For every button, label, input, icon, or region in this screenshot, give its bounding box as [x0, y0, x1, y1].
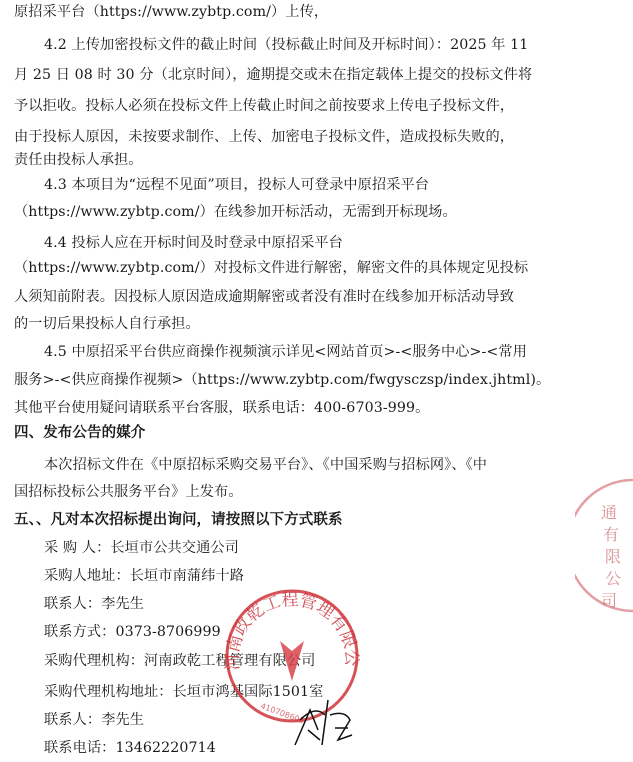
paragraph-line: 责任由投标人承担。 [14, 151, 143, 169]
paragraph-line: 4.3 本项目为“远程不见面”项目，投标人可登录中原招采平台 [44, 176, 429, 194]
contact-line: 联系人：李先生 [44, 595, 144, 613]
section-heading-4: 四、发布公告的媒介 [14, 424, 145, 442]
paragraph-line: 的一切后果投标人自行承担。 [14, 315, 200, 333]
paragraph-line: 4.2 上传加密投标文件的截止时间（投标截止时间及开标时间）：2025 年 11 [44, 36, 528, 54]
seal-number: 410708605 [259, 701, 305, 725]
paragraph-line: 本次招标文件在《中原招标采购交易平台》、《中国采购与招标网》、《中 [44, 456, 487, 474]
paragraph-line: 国招标投标公共服务平台》上发布。 [14, 483, 243, 501]
paragraph-line: 人须知前附表。因投标人原因造成逾期解密或者没有准时在线参加开标活动导致 [14, 288, 514, 306]
paragraph-line: 服务>-<供应商操作视频>（https://www.zybtp.com/fwgy… [14, 371, 550, 389]
partial-seal-stamp: 通 有 限 公 司 [575, 478, 633, 613]
paragraph-line: 月 25 日 08 时 30 分（北京时间），逾期提交或未在指定载体上提交的投标… [14, 66, 532, 84]
contact-line: 联系方式：0373-8706999 [44, 623, 221, 641]
contact-line: 采 购 人：长垣市公共交通公司 [44, 539, 239, 557]
paragraph-line: 4.5 中原招采平台供应商操作视频演示详见<网站首页>-<服务中心>-<常用 [44, 343, 527, 361]
contact-line: 采购代理机构地址：长垣市鸿基国际1501室 [44, 683, 323, 701]
contact-line: 联系电话：13462220714 [44, 739, 216, 757]
paragraph-line: （https://www.zybtp.com/）对投标文件进行解密，解密文件的具… [14, 259, 528, 277]
contact-line: 联系人：李先生 [44, 711, 144, 729]
paragraph-line: 其他平台使用疑问请联系平台客服，联系电话：400-6703-999。 [14, 399, 429, 417]
paragraph-line: 由于投标人原因，未按要求制作、上传、加密电子投标文件，造成投标失败的， [14, 128, 514, 146]
contact-line: 采购代理机构：河南政乾工程管理有限公司 [44, 652, 315, 670]
paragraph-line: （https://www.zybtp.com/）在线参加开标活动，无需到开标现场… [14, 203, 457, 221]
paragraph-line: 予以拒收。投标人必须在投标文件上传截止时间之前按要求上传电子投标文件， [14, 97, 514, 115]
paragraph-line: 4.4 投标人应在开标时间及时登录中原招采平台 [44, 234, 343, 252]
paragraph-line: 原招采平台（https://www.zybtp.com/）上传， [14, 3, 328, 21]
svg-text:通 有 限 公 司: 通 有 限 公 司 [601, 503, 626, 610]
contact-line: 采购人地址：长垣市南蒲纬十路 [44, 567, 244, 585]
section-heading-5: 五、、凡对本次招标提出询问，请按照以下方式联系 [14, 511, 343, 529]
